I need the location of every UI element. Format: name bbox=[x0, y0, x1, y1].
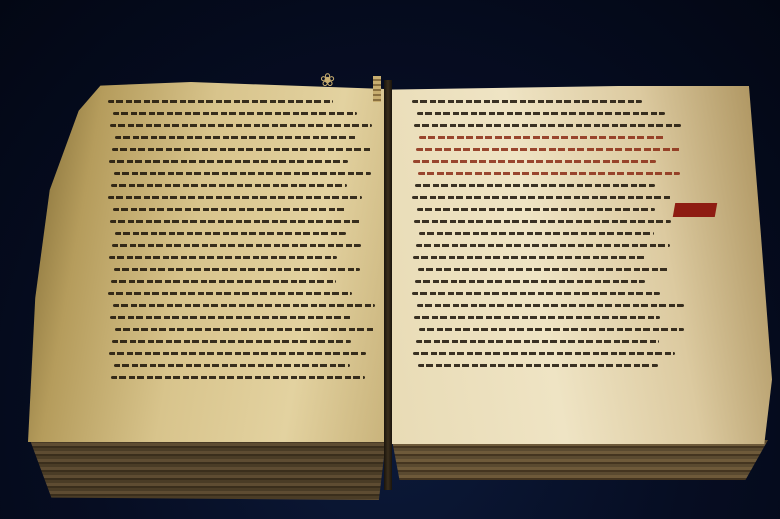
script-line bbox=[417, 304, 684, 307]
script-line bbox=[113, 208, 346, 211]
script-line bbox=[416, 244, 670, 247]
script-line bbox=[418, 172, 680, 175]
script-line bbox=[111, 376, 365, 379]
script-line bbox=[112, 148, 372, 151]
script-line bbox=[109, 352, 366, 355]
script-line bbox=[413, 256, 645, 259]
script-line bbox=[416, 148, 681, 151]
script-line bbox=[115, 328, 375, 331]
script-line bbox=[108, 292, 352, 295]
script-line bbox=[412, 196, 671, 199]
script-line bbox=[414, 316, 660, 319]
script-line bbox=[114, 364, 350, 367]
script-line bbox=[114, 268, 360, 271]
right-page-text bbox=[412, 100, 682, 376]
red-bookmark-tab bbox=[673, 203, 717, 217]
script-line bbox=[415, 280, 645, 283]
script-line bbox=[109, 160, 348, 163]
manuscript-photo: Open ancient manuscript with handwritten… bbox=[0, 0, 780, 519]
script-line bbox=[110, 124, 372, 127]
script-line bbox=[108, 100, 333, 103]
left-page-text bbox=[108, 100, 373, 388]
script-line bbox=[108, 196, 362, 199]
script-line bbox=[413, 160, 656, 163]
script-line bbox=[412, 292, 660, 295]
script-line bbox=[419, 136, 665, 139]
thread-tassel: ❀ bbox=[320, 70, 356, 92]
script-line bbox=[414, 220, 671, 223]
script-line bbox=[112, 244, 361, 247]
script-line bbox=[416, 340, 659, 343]
left-page-edges bbox=[30, 440, 386, 500]
script-line bbox=[414, 124, 681, 127]
left-page bbox=[28, 82, 390, 442]
script-line bbox=[419, 328, 684, 331]
script-line bbox=[418, 268, 669, 271]
script-line bbox=[113, 112, 357, 115]
binding-string bbox=[373, 76, 381, 102]
script-line bbox=[111, 280, 336, 283]
script-line bbox=[114, 172, 371, 175]
script-line bbox=[109, 256, 337, 259]
script-line bbox=[413, 352, 675, 355]
right-page bbox=[388, 86, 772, 444]
script-line bbox=[417, 208, 655, 211]
right-page-edges bbox=[392, 440, 768, 480]
script-line bbox=[419, 232, 654, 235]
script-line bbox=[417, 112, 665, 115]
script-line bbox=[110, 316, 351, 319]
script-line bbox=[110, 220, 362, 223]
script-line bbox=[111, 184, 347, 187]
script-line bbox=[113, 304, 375, 307]
script-line bbox=[415, 184, 655, 187]
script-line bbox=[418, 364, 658, 367]
script-line bbox=[115, 232, 346, 235]
script-line bbox=[112, 340, 351, 343]
book-spine bbox=[384, 80, 392, 490]
script-line bbox=[115, 136, 356, 139]
script-line bbox=[412, 100, 642, 103]
